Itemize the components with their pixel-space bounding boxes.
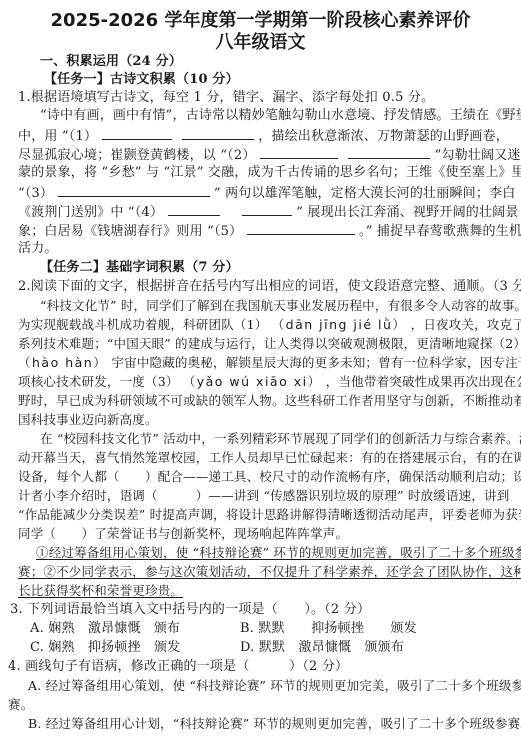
q3-option-d[interactable]: D. 默默 激昂慷慨 颁颁布 xyxy=(240,640,404,656)
q1-line: 《渡荆门送别》中 “（4） ” 展现出长江奔涌、视野开阔的壮阔景 xyxy=(18,203,519,221)
text: ，日夜攻关，攻克了一 xyxy=(411,317,521,332)
text: 。” 捕捉早春莺歌燕舞的生机与 xyxy=(359,224,521,239)
passage-line: “作品能减少分类误差” 时提高声调，将设计思路讲解得清晰透彻活动尾声，评委老师为… xyxy=(18,507,521,523)
q1-line: “诗中有画，画中有情”，古诗常以精妙笔触勾勒山水意境、抒发情感。王绩在《野望》 xyxy=(40,108,521,124)
underlined-sentence: 赛；②不少同学表示，参与这次策划活动，不仅提升了科学素养，还学会了团队协作，这种… xyxy=(18,564,521,580)
passage-line: 野时，早已成为科研领域不可或缺的领军人物。这些科研工作者用坚守与创新，不断推动着… xyxy=(18,393,521,409)
q1-line: 活力。 xyxy=(18,241,58,257)
passage-line: 系列技术难题；“中国天眼” 的建成与运行，让人类得以突破观测极限，更清晰地窥探（… xyxy=(18,336,521,352)
answer-blank-3[interactable] xyxy=(58,184,210,197)
pinyin-1: （dān jīng jié lǜ） xyxy=(272,317,407,332)
q1-line: 中，用 “（1） ，描绘出秋意渐浓、万物萧瑟的山野画卷， xyxy=(18,127,509,145)
blank-label: 象；白居易《钱塘湖春行》则用 “（5） xyxy=(18,224,242,239)
blank-label: 尽显孤寂心境；崔颢登黄鹤楼，以 “（2） xyxy=(18,148,256,163)
passage-line: 同学（ ）了荣誉证书与创新奖杯，现场响起阵阵掌声。 xyxy=(18,526,348,542)
text: 为实现舰载战斗机成功着舰，科研团队（1） xyxy=(18,317,267,332)
text: 宇宙中隐藏的奥秘，解锁星辰大海的更多未知；曾有一位科学家，因专注于某 xyxy=(111,355,521,370)
q3-option-b[interactable]: B. 默默 抑扬顿挫 颁发 xyxy=(240,621,417,637)
underlined-sentence: 长比获得奖杯和荣誉更珍贵。 xyxy=(18,583,183,599)
section-heading: 一、积累运用（24 分） xyxy=(40,54,182,70)
q3-stem: 3. 下列词语最恰当填入文中括号内的一项是（ ）。（2 分） xyxy=(10,602,370,618)
passage-line: 为实现舰载战斗机成功着舰，科研团队（1） （dān jīng jié lǜ） ，… xyxy=(18,317,521,333)
q3-option-c[interactable]: C. 娴熟 抑扬顿挫 颁发 xyxy=(30,640,180,656)
blank-label: 中，用 “（1） xyxy=(18,129,97,144)
underlined-sentence: ①经过筹备组用心策划，使 “科技辩论赛” 环节的规则更加完善，吸引了二十多个班级… xyxy=(36,545,521,561)
q4-option-b[interactable]: B. 经过筹备组用心计划，“科技辩论赛” 环节的规则更加完善，吸引了二十多个班级… xyxy=(28,716,521,732)
passage-line: 国科技事业迈向新高度。 xyxy=(18,412,158,428)
exam-page: 2025-2026 学年度第一学期第一阶段核心素养评价 八年级语文 一、积累运用… xyxy=(0,0,521,736)
q4-option-a-cont: 赛。 xyxy=(8,697,33,713)
answer-blank-2a[interactable] xyxy=(260,146,338,159)
passage-line: 计者小李介绍时，语调（ ）——讲到 “传感器识别垃圾的原理” 时放缓语速，讲到 xyxy=(18,488,509,504)
answer-blank-4b[interactable] xyxy=(242,203,292,216)
passage-line: “科技文化节” 时，同学们了解到在我国航天事业发展历程中，有很多令人动容的故事。 xyxy=(40,298,521,314)
q2-stem: 2.阅读下面的文字，根据拼音在括号内写出相应的词语，使文段语意完整、通顺。（3 … xyxy=(18,279,521,295)
q3-option-a[interactable]: A. 娴熟 激昂慷慨 颁布 xyxy=(30,621,180,637)
answer-blank-4a[interactable] xyxy=(168,203,220,216)
text: ” 两句以雄浑笔触，定格大漠长河的壮丽瞬间；李白 xyxy=(214,186,516,201)
text: ”勾勒壮阔又迷 xyxy=(435,148,521,163)
text: ，当他带着突破性成果再次出现在公众视 xyxy=(326,374,521,389)
passage-line: 动开幕当天，喜气悄然笼罩校园，工作人员却早已忙碌起来：有的在搭建展示台，有的在调… xyxy=(18,450,521,466)
passage-line: （hào hàn） 宇宙中隐藏的奥秘，解锁星辰大海的更多未知；曾有一位科学家，因… xyxy=(18,355,521,371)
q1-line: 尽显孤寂心境；崔颢登黄鹤楼，以 “（2） ”勾勒壮阔又迷 xyxy=(18,146,521,164)
answer-blank-1b[interactable] xyxy=(182,127,254,140)
text: ，描绘出秋意渐浓、万物萧瑟的山野画卷， xyxy=(258,129,509,144)
blank-label: “（3） xyxy=(18,186,53,201)
task2-heading: 【任务二】基础字词积累（7 分） xyxy=(40,260,239,276)
passage-line: 设备，每个人都（ ）配合——递工具、校尺寸的动作流畅有序，确保活动顺利启动；设 xyxy=(18,469,521,485)
passage-line: 在 “校园科技文化节” 活动中，一系列精彩环节展现了同学们的创新活力与综合素养。… xyxy=(40,431,521,447)
answer-blank-1a[interactable] xyxy=(102,127,172,140)
q4-option-a[interactable]: A. 经过筹备组用心策划，使 “科技辩论赛” 环节的规则更加完美，吸引了二十多个… xyxy=(28,678,521,694)
q4-stem: 4. 画线句子有语病，修改正确的一项是（ ）（2 分） xyxy=(8,659,348,675)
text: 项核心技术研发，一度（3） xyxy=(18,374,179,389)
q1-stem: 1.根据语境填写古诗文，每空 1 分，错字、漏字、添字每处扣 0.5 分。 xyxy=(18,90,434,106)
task1-heading: 【任务一】古诗文积累（10 分） xyxy=(44,72,239,88)
pinyin-3: （yǎo wú xiāo xi） xyxy=(183,374,322,389)
text: ” 展现出长江奔涌、视野开阔的壮阔景 xyxy=(296,205,518,220)
q1-line: 象；白居易《钱塘湖春行》则用 “（5） 。” 捕捉早春莺歌燕舞的生机与 xyxy=(18,222,521,240)
q1-line: 蒙的景象，将 “乡愁” 与 “江景” 交融，成为千古传诵的思乡名句；王维《使至塞… xyxy=(18,165,521,181)
exam-subtitle: 八年级语文 xyxy=(0,28,521,54)
blank-label: 《渡荆门送别》中 “（4） xyxy=(18,205,163,220)
pinyin-2: （hào hàn） xyxy=(18,355,107,370)
passage-line: 项核心技术研发，一度（3） （yǎo wú xiāo xi） ，当他带着突破性成… xyxy=(18,374,521,390)
answer-blank-2b[interactable] xyxy=(348,146,430,159)
q1-line: “（3） ” 两句以雄浑笔触，定格大漠长河的壮丽瞬间；李白 xyxy=(18,184,516,202)
answer-blank-5[interactable] xyxy=(247,222,355,235)
